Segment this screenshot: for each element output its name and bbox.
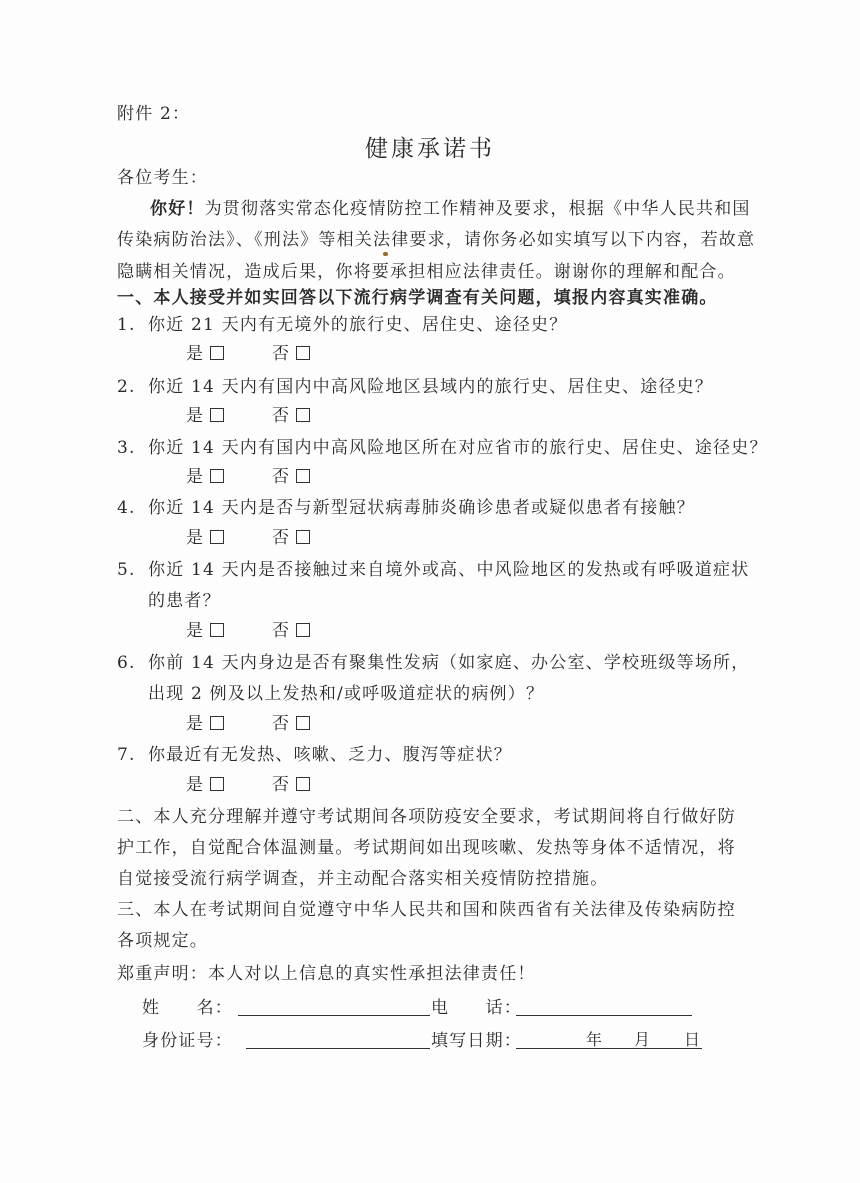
section-2-line-2: 护工作，自觉配合体温测量。考试期间如出现咳嗽、发热等身体不适情况，将 [117,837,736,859]
section-2-line-3: 自觉接受流行病学调查，并主动配合落实相关疫情防控措施。 [117,868,608,890]
yes-label: 是 [186,344,203,364]
no-label: 否 [272,406,289,426]
checkbox-icon[interactable] [296,623,310,637]
q4-no-option[interactable]: 否 [272,527,310,549]
yes-label: 是 [186,528,203,548]
q7-yes-option[interactable]: 是 [186,774,224,796]
intro-line-3: 隐瞒相关情况，造成后果，你将要承担相应法律责任。谢谢你的理解和配合。 [117,261,736,283]
yes-label: 是 [186,714,203,734]
year-label: 年 [586,1029,602,1051]
month-label: 月 [634,1029,650,1051]
day-label: 日 [684,1029,700,1051]
question-7-text: 你最近有无发热、咳嗽、乏力、腹泻等症状？ [148,744,512,766]
fill-date-label: 填写日期： [431,1030,522,1052]
greeting: 你好！ [150,199,205,219]
declaration: 郑重声明：本人对以上信息的真实性承担法律责任！ [117,963,536,985]
q2-yes-option[interactable]: 是 [186,405,224,427]
yes-label: 是 [186,621,203,641]
question-5-text-line-2: 的患者？ [148,590,221,612]
question-4-number: 4. [117,497,136,519]
question-4-text: 你近 14 天内是否与新型冠状病毒肺炎确诊患者或疑似患者有接触？ [148,497,695,519]
yes-label: 是 [186,406,203,426]
question-1-number: 1. [117,314,136,336]
name-field[interactable] [238,1015,430,1016]
paper-stain [383,252,388,256]
q5-no-option[interactable]: 否 [272,620,310,642]
checkbox-icon[interactable] [296,469,310,483]
checkbox-icon[interactable] [210,469,224,483]
yes-label: 是 [186,775,203,795]
checkbox-icon[interactable] [296,777,310,791]
section-1-heading: 一、本人接受并如实回答以下流行病学调查有关问题，填报内容真实准确。 [117,287,718,309]
name-label: 姓 名： [142,997,233,1019]
no-label: 否 [272,467,289,487]
section-3-line-1: 三、本人在考试期间自觉遵守中华人民共和国和陕西省有关法律及传染病防控 [117,899,736,921]
question-5-number: 5. [117,559,136,581]
q6-no-option[interactable]: 否 [272,713,310,735]
q5-yes-option[interactable]: 是 [186,620,224,642]
salutation: 各位考生： [117,167,208,189]
q4-yes-option[interactable]: 是 [186,527,224,549]
checkbox-icon[interactable] [210,623,224,637]
question-6-text-line-2: 出现 2 例及以上发热和/或呼吸道症状的病例）？ [148,683,544,705]
id-number-label: 身份证号： [142,1030,233,1052]
checkbox-icon[interactable] [296,530,310,544]
intro-line-2: 传染病防治法》、《刑法》等相关法律要求，请你务必如实填写以下内容，若故意 [117,229,755,251]
checkbox-icon[interactable] [210,530,224,544]
no-label: 否 [272,528,289,548]
section-3-line-2: 各项规定。 [117,930,208,952]
checkbox-icon[interactable] [296,346,310,360]
question-6-text-line-1: 你前 14 天内身边是否有聚集性发病（如家庭、办公室、学校班级等场所， [148,652,749,674]
q3-no-option[interactable]: 否 [272,466,310,488]
checkbox-icon[interactable] [210,777,224,791]
yes-label: 是 [186,467,203,487]
intro-text: 为贯彻落实常态化疫情防控工作精神及要求，根据《中华人民共和国 [205,199,751,219]
question-5-text-line-1: 你近 14 天内是否接触过来自境外或高、中风险地区的发热或有呼吸道症状 [148,559,749,581]
checkbox-icon[interactable] [296,408,310,422]
phone-field[interactable] [516,1015,692,1016]
health-commitment-document: 附件 2： 健康承诺书 各位考生： 你好！为贯彻落实常态化疫情防控工作精神及要求… [0,0,860,1183]
no-label: 否 [272,714,289,734]
question-1-text: 你近 21 天内有无境外的旅行史、居住史、途径史？ [148,314,567,336]
no-label: 否 [272,344,289,364]
checkbox-icon[interactable] [296,716,310,730]
intro-line-1: 你好！为贯彻落实常态化疫情防控工作精神及要求，根据《中华人民共和国 [150,198,751,220]
question-2-number: 2. [117,376,136,398]
no-label: 否 [272,775,289,795]
attachment-label: 附件 2： [117,103,190,125]
document-title: 健康承诺书 [0,130,860,163]
fill-date-field[interactable] [516,1048,702,1049]
no-label: 否 [272,621,289,641]
question-7-number: 7. [117,744,136,766]
q1-yes-option[interactable]: 是 [186,343,224,365]
question-3-number: 3. [117,437,136,459]
phone-label: 电 话： [431,997,522,1019]
section-2-line-1: 二、本人充分理解并遵守考试期间各项防疫安全要求，考试期间将自行做好防 [117,806,736,828]
q1-no-option[interactable]: 否 [272,343,310,365]
question-6-number: 6. [117,652,136,674]
q2-no-option[interactable]: 否 [272,405,310,427]
q7-no-option[interactable]: 否 [272,774,310,796]
q3-yes-option[interactable]: 是 [186,466,224,488]
checkbox-icon[interactable] [210,716,224,730]
q6-yes-option[interactable]: 是 [186,713,224,735]
checkbox-icon[interactable] [210,346,224,360]
id-number-field[interactable] [246,1048,430,1049]
question-2-text: 你近 14 天内有国内中高风险地区县域内的旅行史、居住史、途径史？ [148,376,713,398]
question-3-text: 你近 14 天内有国内中高风险地区所在对应省市的旅行史、居住史、途径史？ [148,437,768,459]
checkbox-icon[interactable] [210,408,224,422]
